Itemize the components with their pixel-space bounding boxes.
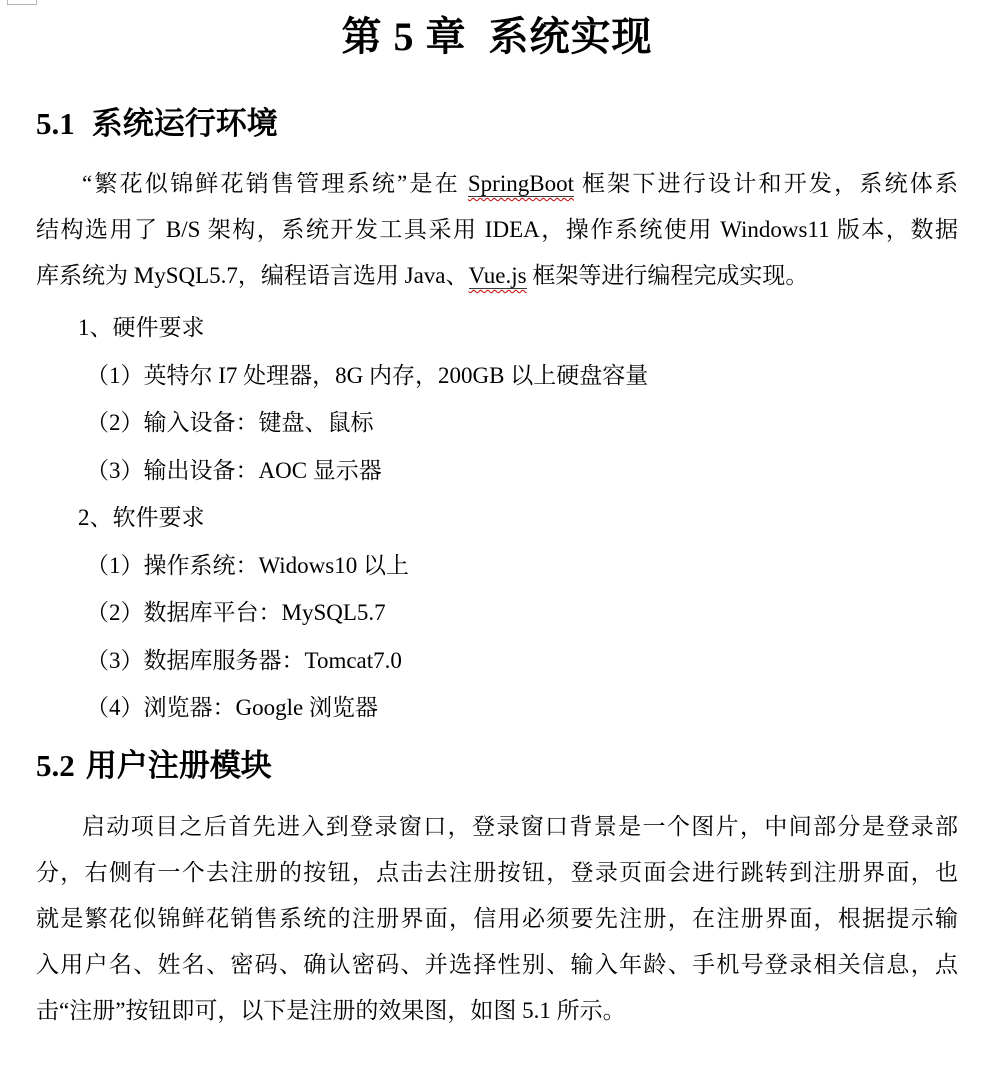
- section-number: 5.2: [36, 744, 75, 788]
- line-text: 框架下进行设计和开发，系统体系: [574, 171, 958, 196]
- section-number: 5.1: [36, 102, 75, 146]
- document-page: 第 5 章 系统实现 5.1系统运行环境 “繁花似锦鲜花销售管理系统”是在 Sp…: [0, 0, 994, 1066]
- paragraph-line: 分，右侧有一个去注册的按钮，点击去注册按钮，登录页面会进行跳转到注册界面，也: [36, 850, 958, 896]
- section-heading-text: 系统运行环境: [92, 106, 278, 141]
- paragraph-line: 入用户名、姓名、密码、确认密码、并选择性别、输入年龄、手机号登录相关信息，点: [36, 942, 958, 988]
- paragraph-line: “繁花似锦鲜花销售管理系统”是在 SpringBoot 框架下进行设计和开发，系…: [36, 161, 958, 207]
- spellcheck-term-springboot: SpringBoot: [468, 171, 574, 197]
- section-heading-text: 用户注册模块: [86, 748, 272, 783]
- paragraph-line: 结构选用了 B/S 架构，系统开发工具采用 IDEA，操作系统使用 Window…: [36, 207, 958, 253]
- list-item: （2）数据库平台：MySQL5.7: [36, 589, 958, 637]
- paragraph-line: 击“注册”按钮即可，以下是注册的效果图，如图 5.1 所示。: [36, 988, 958, 1034]
- list-item: （3）数据库服务器：Tomcat7.0: [36, 637, 958, 685]
- chapter-title: 第 5 章 系统实现: [36, 6, 958, 68]
- page-edge-artifact: [7, 0, 37, 5]
- paragraph-register-module: 启动项目之后首先进入到登录窗口，登录窗口背景是一个图片，中间部分是登录部 分，右…: [36, 804, 958, 1034]
- list-item: （2）输入设备：键盘、鼠标: [36, 399, 958, 447]
- list-item: （1）英特尔 I7 处理器，8G 内存，200GB 以上硬盘容量: [36, 352, 958, 400]
- paragraph-line: 启动项目之后首先进入到登录窗口，登录窗口背景是一个图片，中间部分是登录部: [36, 804, 958, 850]
- section-heading-5-2: 5.2用户注册模块: [36, 744, 958, 788]
- list-item: 1、硬件要求: [36, 304, 958, 352]
- list-item: （1）操作系统：Widows10 以上: [36, 542, 958, 590]
- paragraph-line: 就是繁花似锦鲜花销售系统的注册界面，信用必须要先注册，在注册界面，根据提示输: [36, 896, 958, 942]
- list-item: （4）浏览器：Google 浏览器: [36, 684, 958, 732]
- paragraph-environment: “繁花似锦鲜花销售管理系统”是在 SpringBoot 框架下进行设计和开发，系…: [36, 161, 958, 299]
- paragraph-line: 库系统为 MySQL5.7，编程语言选用 Java、Vue.js 框架等进行编程…: [36, 253, 958, 299]
- section-heading-5-1: 5.1系统运行环境: [36, 102, 958, 146]
- list-item: （3）输出设备：AOC 显示器: [36, 447, 958, 495]
- line-text: 库系统为 MySQL5.7，编程语言选用 Java、: [36, 263, 469, 288]
- page-content: 第 5 章 系统实现 5.1系统运行环境 “繁花似锦鲜花销售管理系统”是在 Sp…: [36, 0, 958, 1034]
- list-item: 2、软件要求: [36, 494, 958, 542]
- line-text: 框架等进行编程完成实现。: [527, 263, 809, 288]
- requirements-list: 1、硬件要求 （1）英特尔 I7 处理器，8G 内存，200GB 以上硬盘容量 …: [36, 304, 958, 732]
- spellcheck-term-vuejs: Vue.js: [469, 263, 527, 289]
- line-text: “繁花似锦鲜花销售管理系统”是在: [82, 171, 468, 196]
